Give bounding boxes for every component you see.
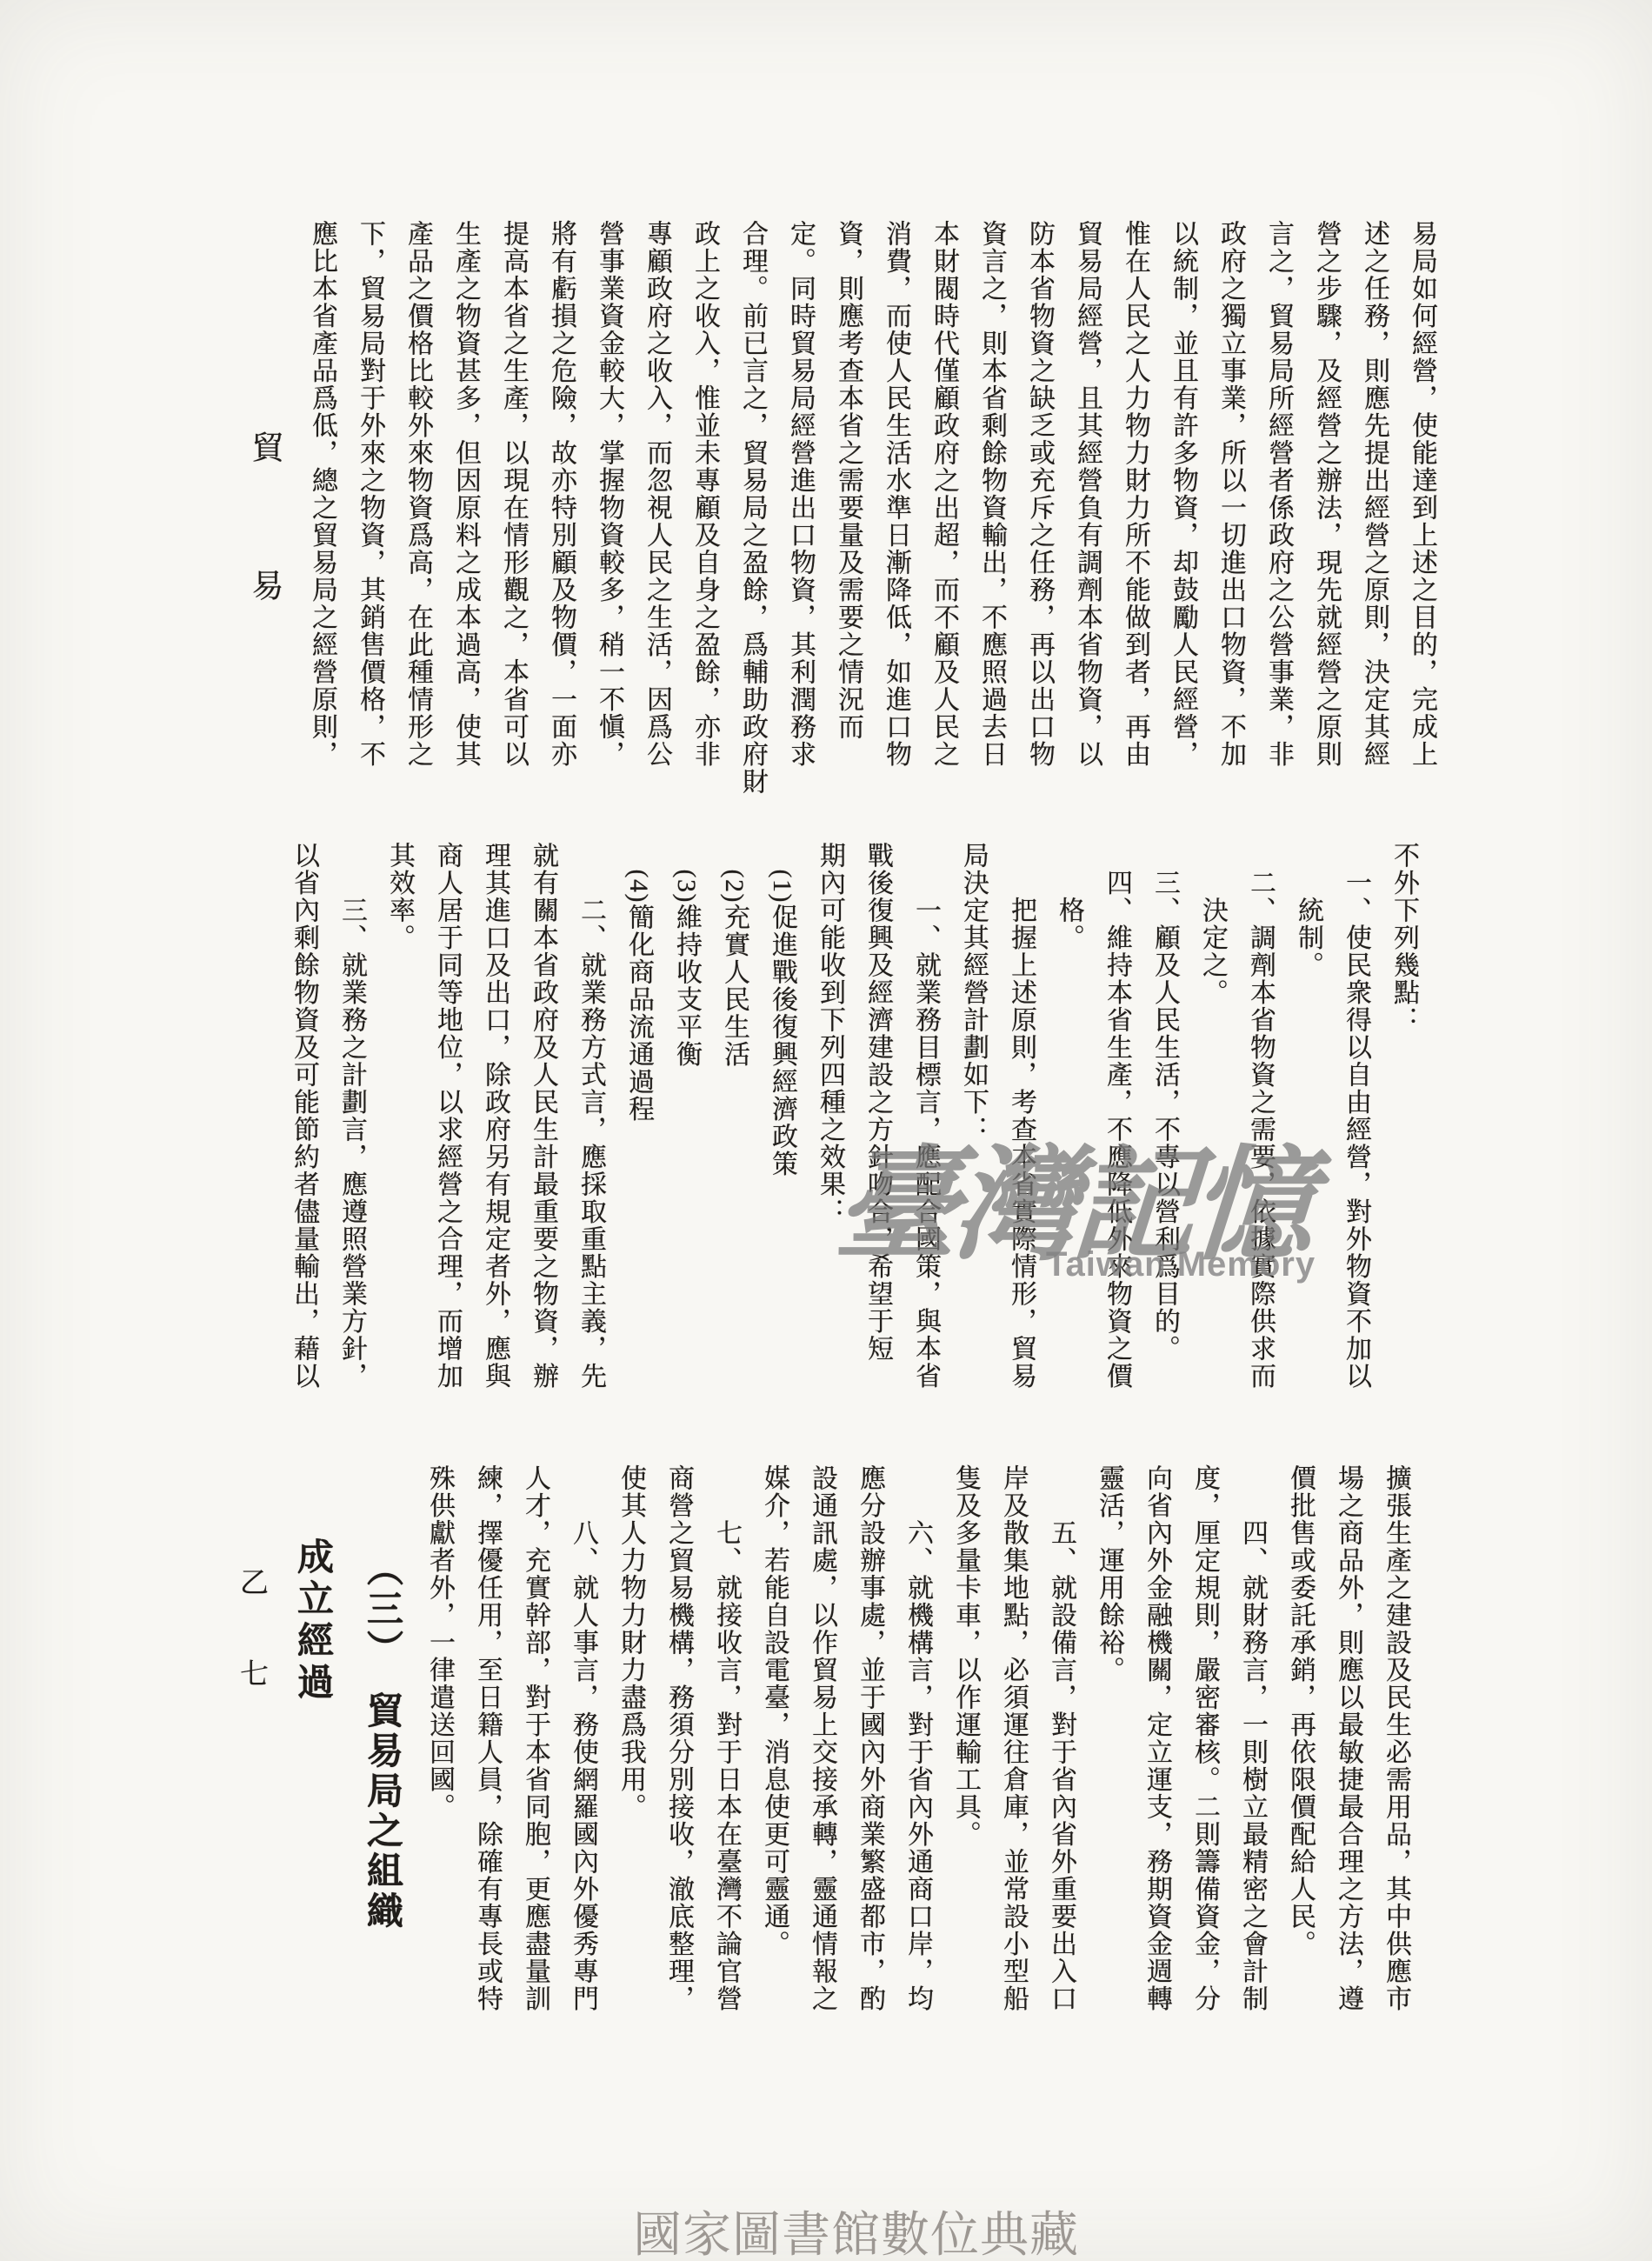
text-column: (4)簡化商品流通過程 — [615, 842, 663, 1426]
text-column: 把握上述原則，考查本省實際情形，貿易 — [997, 842, 1045, 1426]
text-column: 擴張生產之建設及民生必需用品，其中供應市 — [1372, 1464, 1420, 2049]
text-column: 二、就業務方式言，應採取重點主義，先 — [567, 842, 615, 1426]
text-column: 下，貿易局對于外來之物資，其銷售價格，不 — [346, 220, 394, 804]
text-column: 一、使民衆得以自由經營，對外物資不加以 — [1332, 842, 1380, 1426]
text-column: 合理。前已言之，貿易局之盈餘，爲輔助政府財 — [729, 220, 776, 804]
text-column: 易局如何經營，使能達到上述之目的，完成上 — [1398, 220, 1446, 804]
text-column: 應比本省產品爲低，總之貿易局之經營原則， — [298, 220, 346, 804]
text-column: 商營之貿易機構，務須分別接收，澈底整理， — [655, 1464, 703, 2049]
text-column: 資，則應考查本省之需要量及需要之情況而 — [824, 220, 872, 804]
text-column: 政上之收入，惟並未專顧及自身之盈餘，亦非 — [681, 220, 729, 804]
text-column: 定。同時貿易局經營進出口物資，其利潤務求 — [776, 220, 824, 804]
text-column: 四、就財務言，一則樹立最精密之會計制 — [1229, 1464, 1276, 2049]
text-column: 資言之，則本省剩餘物資輸出，不應照過去日 — [968, 220, 1016, 804]
text-column: 惟在人民之人力物力財力所不能做到者，再由 — [1111, 220, 1159, 804]
text-column: 專顧政府之收入，而忽視人民之生活，因爲公 — [633, 220, 681, 804]
text-column: (2)充實人民生活 — [710, 842, 758, 1426]
text-column: 度，厘定規則，嚴密審核。二則籌備資金，分 — [1181, 1464, 1229, 2049]
text-column: 媒介，若能自設電臺，消息使更可靈通。 — [750, 1464, 798, 2049]
library-digital-archive-caption: 國家圖書館數位典藏 — [633, 2197, 1079, 2261]
text-column: 應分設辦事處，並于國內外商業繁盛都市，酌 — [846, 1464, 894, 2049]
text-column: 局決定其經營計劃如下： — [949, 842, 997, 1426]
section-subheading: 成立經過 — [276, 1464, 348, 2049]
page-number-marks: 乙七 — [231, 1567, 272, 1750]
text-column: 營事業資金較大，掌握物資較多，稍一不愼， — [585, 220, 633, 804]
text-column: 三、就業務之計劃言，應遵照營業方針， — [328, 842, 376, 1426]
text-column: 商人居于同等地位，以求經營之合理，而增加 — [423, 842, 471, 1426]
text-column: 七、就接收言，對于日本在臺灣不論官營 — [703, 1464, 750, 2049]
text-column: 理其進口及出口，除政府另有規定者外，應與 — [471, 842, 519, 1426]
text-column: 四、維持本省生產，不應降低外來物資之價 — [1093, 842, 1141, 1426]
text-column: 練，擇優任用，至日籍人員，除確有專長或特 — [463, 1464, 511, 2049]
text-column: 以統制，並且有許多物資，却鼓勵人民經營， — [1159, 220, 1207, 804]
text-column: 格。 — [1045, 842, 1093, 1426]
text-column: 營之步驟，及經營之辦法，現先就經營之原則 — [1302, 220, 1350, 804]
text-column: 本財閥時代僅顧政府之出超，而不顧及人民之 — [920, 220, 968, 804]
text-column: 六、就機構言，對于省內外通商口岸，均 — [894, 1464, 942, 2049]
text-column: 述之任務，則應先提出經營之原則，決定其經 — [1350, 220, 1398, 804]
text-column: 不外下列幾點： — [1380, 842, 1428, 1426]
text-column: (1)促進戰後復興經濟政策 — [758, 842, 806, 1426]
text-column: 岸及散集地點，必須運往倉庫，並常設小型船 — [989, 1464, 1037, 2049]
text-column: 價批售或委託承銷，再依限價配給人民。 — [1276, 1464, 1324, 2049]
text-column: 向省內外金融機關，定立運支，務期資金週轉 — [1133, 1464, 1181, 2049]
text-column: 產品之價格比較外來物資爲高，在此種情形之 — [394, 220, 442, 804]
text-column: 消費，而使人民生活水準日漸降低，如進口物 — [872, 220, 920, 804]
text-block-1: 易局如何經營，使能達到上述之目的，完成上述之任務，則應先提出經營之原則，決定其經… — [298, 220, 1446, 804]
running-head-title: 貿易 — [240, 430, 287, 707]
text-column: 言之，貿易局所經營者係政府之公營事業，非 — [1255, 220, 1302, 804]
text-column: 一、就業務目標言，應配合國策，與本省 — [902, 842, 949, 1426]
text-column: (3)維持收支平衡 — [663, 842, 710, 1426]
text-column: 戰後復興及經濟建設之方針吻合，希望于短 — [854, 842, 902, 1426]
text-column: 決定之。 — [1189, 842, 1236, 1426]
text-block-3: 擴張生產之建設及民生必需用品，其中供應市場之商品外，則應以最敏捷最合理之方法，遵… — [276, 1464, 1420, 2049]
section-heading: （三） 貿易局之組織 — [348, 1464, 416, 2049]
text-column: 貿易局經營，且其經營負有調劑本省物資，以 — [1063, 220, 1111, 804]
text-column: 防本省物資之缺乏或充斥之任務，再以出口物 — [1016, 220, 1063, 804]
text-column: 使其人力物力財力盡爲我用。 — [607, 1464, 655, 2049]
text-column: 統制。 — [1284, 842, 1332, 1426]
text-column: 靈活，運用餘裕。 — [1085, 1464, 1133, 2049]
text-column: 其效率。 — [376, 842, 423, 1426]
text-column: 五、就設備言，對于省內省外重要出入口 — [1037, 1464, 1085, 2049]
text-column: 提高本省之生產，以現在情形觀之，本省可以 — [490, 220, 537, 804]
text-column: 生產之物資甚多，但因原料之成本過高，使其 — [442, 220, 490, 804]
scanned-document-page: 貿易 易局如何經營，使能達到上述之目的，完成上述之任務，則應先提出經營之原則，決… — [0, 0, 1652, 2261]
text-column: 將有虧損之危險，故亦特別顧及物價，一面亦 — [537, 220, 585, 804]
text-column: 就有關本省政府及人民生計最重要之物資，辦 — [519, 842, 567, 1426]
text-column: 人才，充實幹部，對于本省同胞，更應盡量訓 — [511, 1464, 559, 2049]
text-column: 場之商品外，則應以最敏捷最合理之方法，遵 — [1324, 1464, 1372, 2049]
text-column: 期內可能收到下列四種之效果： — [806, 842, 854, 1426]
text-block-2: 不外下列幾點： 一、使民衆得以自由經營，對外物資不加以 統制。 二、調劑本省物資… — [280, 842, 1428, 1426]
text-column: 政府之獨立事業，所以一切進出口物資，不加 — [1207, 220, 1255, 804]
text-column: 殊供獻者外，一律遣送回國。 — [416, 1464, 463, 2049]
text-column: 以省內剩餘物資及可能節約者儘量輸出，藉以 — [280, 842, 328, 1426]
text-column: 三、顧及人民生活，不專以營利爲目的。 — [1141, 842, 1189, 1426]
text-column: 二、調劑本省物資之需要，依據實際供求而 — [1236, 842, 1284, 1426]
text-column: 設通訊處，以作貿易上交接承轉，靈通情報之 — [798, 1464, 846, 2049]
text-column: 八、就人事言，務使網羅國內外優秀專門 — [559, 1464, 607, 2049]
text-column: 隻及多量卡車，以作運輸工具。 — [942, 1464, 989, 2049]
